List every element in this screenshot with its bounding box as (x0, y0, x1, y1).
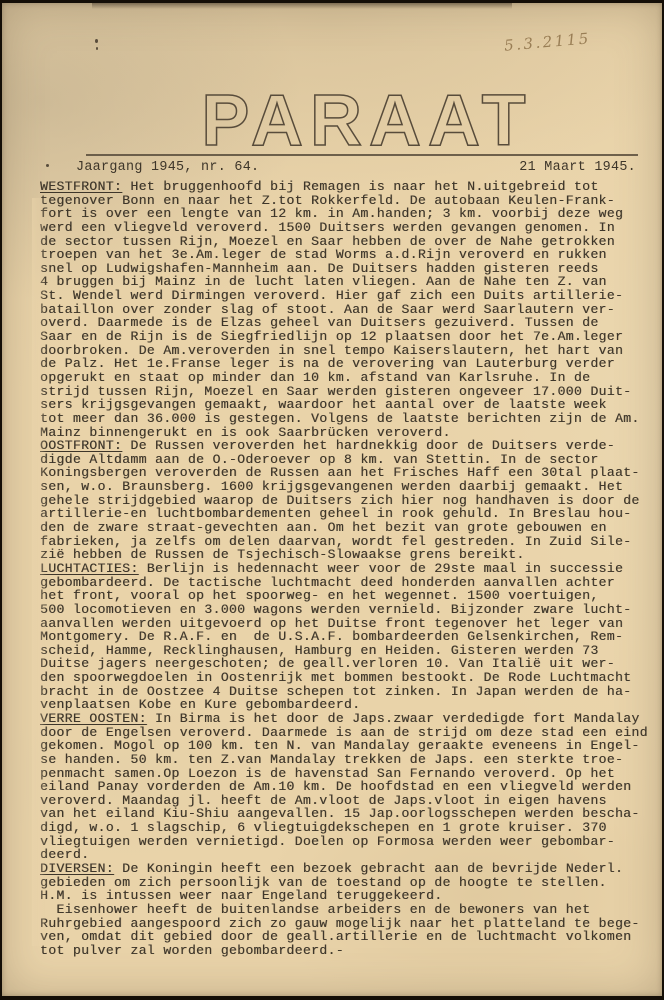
document-line: tot pulver zal worden gebombardeerd.- (40, 944, 662, 958)
document-line: vliegtuigen werden vernietigd. Doelen op… (40, 835, 662, 849)
document-line: snel op Ludwigshafen-Mannheim aan. De Du… (40, 262, 662, 276)
section-heading: LUCHTACTIES: (40, 562, 139, 576)
document-line: Saar en de Rijn is de Siegfriedlijn op 1… (40, 330, 662, 344)
document-line: overd. Daarmede is de Elzas geheel van D… (40, 316, 662, 330)
document-line: tegenover Bonn en naar het Z.tot Rokkerf… (40, 194, 662, 208)
document-page: 5.3.2115 PARAAT Jaargang 1945, nr. 64. 2… (2, 3, 662, 996)
document-line: WESTFRONT: Het bruggenhoofd bij Remagen … (40, 180, 662, 194)
document-line: H.M. is intussen weer naar Engeland teru… (40, 889, 662, 903)
masthead-title: PARAAT (201, 85, 532, 155)
document-line: LUCHTACTIES: Berlijn is hedennacht weer … (40, 562, 662, 576)
document-line: door de Engelsen veroverd. Daarmede is a… (40, 726, 662, 740)
document-line: gehele strijdgebied waarop de Duitsers z… (40, 494, 662, 508)
document-line: troepen van het 3e.Am.leger de stad Worm… (40, 248, 662, 262)
document-line: se handen. 50 km. ten Z.van Mandalay tre… (40, 753, 662, 767)
document-line: werd een vliegveld veroverd. 1500 Duitse… (40, 221, 662, 235)
document-line: digde Altdamm aan de O.-Oderoever op 8 k… (40, 453, 662, 467)
issue-info: Jaargang 1945, nr. 64. (42, 160, 259, 175)
document-line: de Palz. Het 1e.Franse leger is na de ve… (40, 357, 662, 371)
document-line: het front, vooral op het spoorweg- en he… (40, 589, 662, 603)
document-line: strijd tussen Rijn, Moezel en Saar werde… (40, 385, 662, 399)
handwritten-annotation: 5.3.2115 (503, 29, 591, 54)
document-line: Mainz binnengerukt en is ook Saarbrücken… (40, 426, 662, 440)
document-line: 4 bruggen bij Mainz in de lucht laten vl… (40, 275, 662, 289)
document-line: sen, w.o. Braunsberg. 1600 krijgsgevange… (40, 480, 662, 494)
header-rule (86, 154, 638, 156)
ink-spot (96, 47, 98, 50)
document-line: Eisenhower heeft de buitenlandse arbeide… (40, 903, 662, 917)
document-line: gekomen. Mogol op 100 km. ten N. van Man… (40, 739, 662, 753)
document-line: penmacht samen.Op Loezon is de havenstad… (40, 767, 662, 781)
document-line: veroverd. Maandag jl. heeft de Am.vloot … (40, 794, 662, 808)
issue-row: Jaargang 1945, nr. 64. 21 Maart 1945. (42, 160, 636, 175)
document-line: fabrieken, ja zelfs om delen daarvan, wo… (40, 535, 662, 549)
document-line: fort is over een lengte van 12 km. in Am… (40, 207, 662, 221)
document-line: eiland Panay vorderden de Am.10 km. De h… (40, 780, 662, 794)
document-line: artillerie-en luchtbombardementen geheel… (40, 507, 662, 521)
document-line: Duitse jagers neergeschoten; de geall.ve… (40, 657, 662, 671)
document-line: scheid, Hamme, Recklinghausen, Hamburg e… (40, 644, 662, 658)
document-line: bracht in de Oostzee 4 Duitse schepen to… (40, 685, 662, 699)
issue-date: 21 Maart 1945. (519, 160, 636, 175)
scan-edge-stain (92, 3, 512, 9)
section-heading: OOSTFRONT: (40, 439, 122, 453)
document-line: den de zware straat-gevechten aan. Om he… (40, 521, 662, 535)
document-line: de sector tussen Rijn, Moezel en Saar he… (40, 235, 662, 249)
document-line: ven, omdat dit gebied door de geall.arti… (40, 930, 662, 944)
masthead-logo: PARAAT (200, 85, 534, 155)
document-line: zië hebben de Russen de Tsjechisch-Slowa… (40, 548, 662, 562)
section-heading: DIVERSEN: (40, 862, 114, 876)
document-line: tot meer dan 36.000 is gestegen. Volgens… (40, 412, 662, 426)
document-line: doorbroken. De Am.veroverden in snel tem… (40, 344, 662, 358)
document-line: gebieden om zich persoonlijk van de toes… (40, 876, 662, 890)
document-line: sers krijgsgevangen gemaakt, waardoor he… (40, 398, 662, 412)
document-line: St. Wendel werd Dirmingen veroverd. Hier… (40, 289, 662, 303)
document-line: gebombardeerd. De tactische luchtmacht d… (40, 576, 662, 590)
ink-spot (95, 39, 98, 43)
document-line: venplaatsen Kobe en Kure gebombardeerd. (40, 698, 662, 712)
document-line: bataillon over zonder slag of stoot. Aan… (40, 303, 662, 317)
document-line: DIVERSEN: De Koningin heeft een bezoek g… (40, 862, 662, 876)
document-line: deerd. (40, 848, 662, 862)
document-body: WESTFRONT: Het bruggenhoofd bij Remagen … (40, 180, 662, 958)
document-line: aanvallen werden uitgevoerd op het Duits… (40, 617, 662, 631)
document-line: digd, w.o. 1 slagschip, 6 vliegtuigdeksc… (40, 821, 662, 835)
document-line: opgerukt en staat op minder dan 10 km. a… (40, 371, 662, 385)
document-line: den spoorwegdoelen in Oostenrijk met bom… (40, 671, 662, 685)
document-line: van het eiland Kiu-Shiu aangevallen. 15 … (40, 807, 662, 821)
document-line: Montgomery. De R.A.F. en de U.S.A.F. bom… (40, 630, 662, 644)
document-line: Koningsbergen veroverden de Russen aan h… (40, 466, 662, 480)
document-line: Ruhrgebied aangespoord zich zo gauw moge… (40, 917, 662, 931)
section-heading: VERRE OOSTEN: (40, 712, 147, 726)
document-line: OOSTFRONT: De Russen veroverden het hard… (40, 439, 662, 453)
section-heading: WESTFRONT: (40, 180, 122, 194)
document-line: VERRE OOSTEN: In Birma is het door de Ja… (40, 712, 662, 726)
document-line: 500 locomotieven en 3.000 wagons werden … (40, 603, 662, 617)
